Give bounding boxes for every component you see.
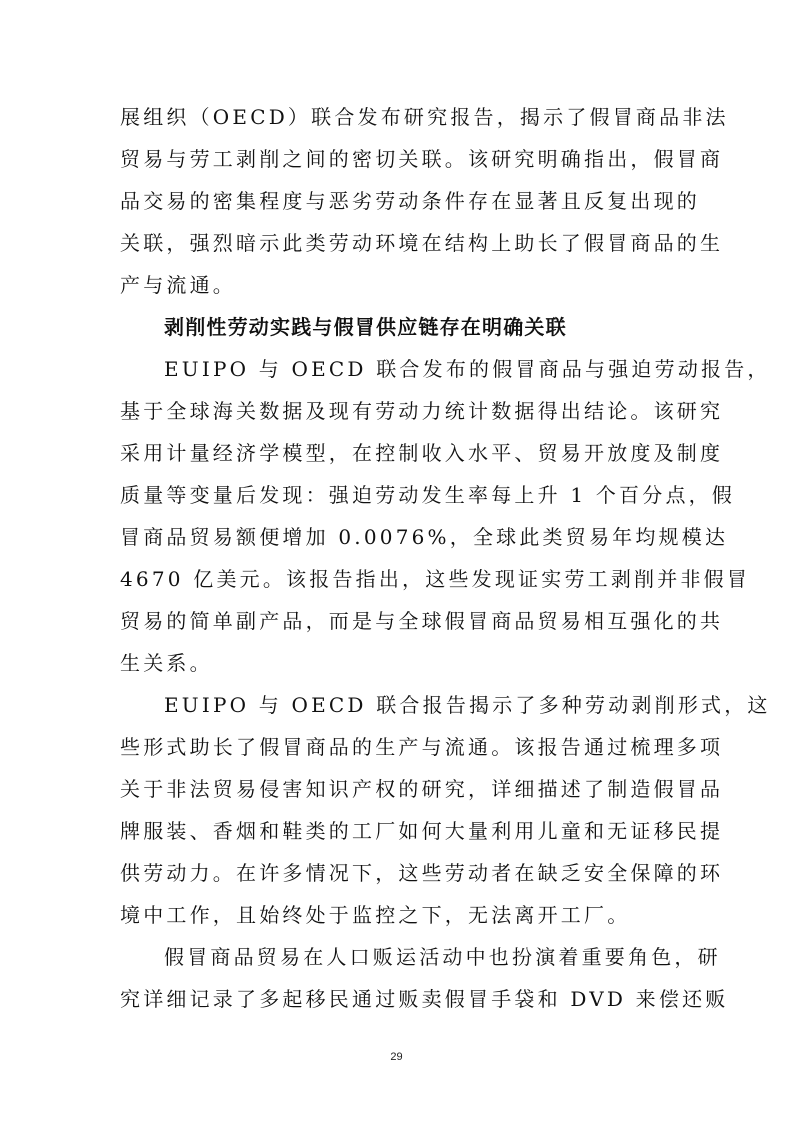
paragraph-human-trafficking: 假冒商品贸易在人口贩运活动中也扮演着重要角色，研 究详细记录了多起移民通过贩卖假…	[120, 936, 676, 1020]
text-line: 质量等变量后发现：强迫劳动发生率每上升 1 个百分点，假	[120, 474, 676, 516]
text-line: 关于非法贸易侵害知识产权的研究，详细描述了制造假冒品	[120, 768, 676, 810]
text-line: 采用计量经济学模型，在控制收入水平、贸易开放度及制度	[120, 432, 676, 474]
text-line: 境中工作，且始终处于监控之下，无法离开工厂。	[120, 894, 676, 936]
paragraph-forced-labour-findings: EUIPO 与 OECD 联合发布的假冒商品与强迫劳动报告， 基于全球海关数据及…	[120, 348, 676, 684]
text-line: 关联，强烈暗示此类劳动环境在结构上助长了假冒商品的生	[120, 222, 676, 264]
text-line: 生关系。	[120, 642, 676, 684]
text-line: 贸易的简单副产品，而是与全球假冒商品贸易相互强化的共	[120, 600, 676, 642]
text-line: 牌服装、香烟和鞋类的工厂如何大量利用儿童和无证移民提	[120, 810, 676, 852]
text-line: 展组织（OECD）联合发布研究报告，揭示了假冒商品非法	[120, 96, 676, 138]
text-line: 品交易的密集程度与恶劣劳动条件存在显著且反复出现的	[120, 180, 676, 222]
text-line: 些形式助长了假冒商品的生产与流通。该报告通过梳理多项	[120, 726, 676, 768]
paragraph-oecd-report-continuation: 展组织（OECD）联合发布研究报告，揭示了假冒商品非法 贸易与劳工剥削之间的密切…	[120, 96, 676, 306]
text-line: 产与流通。	[120, 264, 676, 306]
text-line: EUIPO 与 OECD 联合发布的假冒商品与强迫劳动报告，	[120, 348, 676, 390]
page-body: 展组织（OECD）联合发布研究报告，揭示了假冒商品非法 贸易与劳工剥削之间的密切…	[120, 96, 676, 1020]
text-line: 假冒商品贸易在人口贩运活动中也扮演着重要角色，研	[120, 936, 676, 978]
text-line: 供劳动力。在许多情况下，这些劳动者在缺乏安全保障的环	[120, 852, 676, 894]
text-line: 4670 亿美元。该报告指出，这些发现证实劳工剥削并非假冒	[120, 558, 676, 600]
text-line: EUIPO 与 OECD 联合报告揭示了多种劳动剥削形式，这	[120, 684, 676, 726]
text-line: 基于全球海关数据及现有劳动力统计数据得出结论。该研究	[120, 390, 676, 432]
text-line: 贸易与劳工剥削之间的密切关联。该研究明确指出，假冒商	[120, 138, 676, 180]
document-page: 展组织（OECD）联合发布研究报告，揭示了假冒商品非法 贸易与劳工剥削之间的密切…	[0, 0, 793, 1122]
text-line: 冒商品贸易额便增加 0.0076%，全球此类贸易年均规模达	[120, 516, 676, 558]
paragraph-exploitation-forms: EUIPO 与 OECD 联合报告揭示了多种劳动剥削形式，这 些形式助长了假冒商…	[120, 684, 676, 936]
section-heading: 剥削性劳动实践与假冒供应链存在明确关联	[120, 306, 676, 348]
page-number: 29	[0, 1051, 793, 1063]
text-line: 究详细记录了多起移民通过贩卖假冒手袋和 DVD 来偿还贩	[120, 978, 676, 1020]
